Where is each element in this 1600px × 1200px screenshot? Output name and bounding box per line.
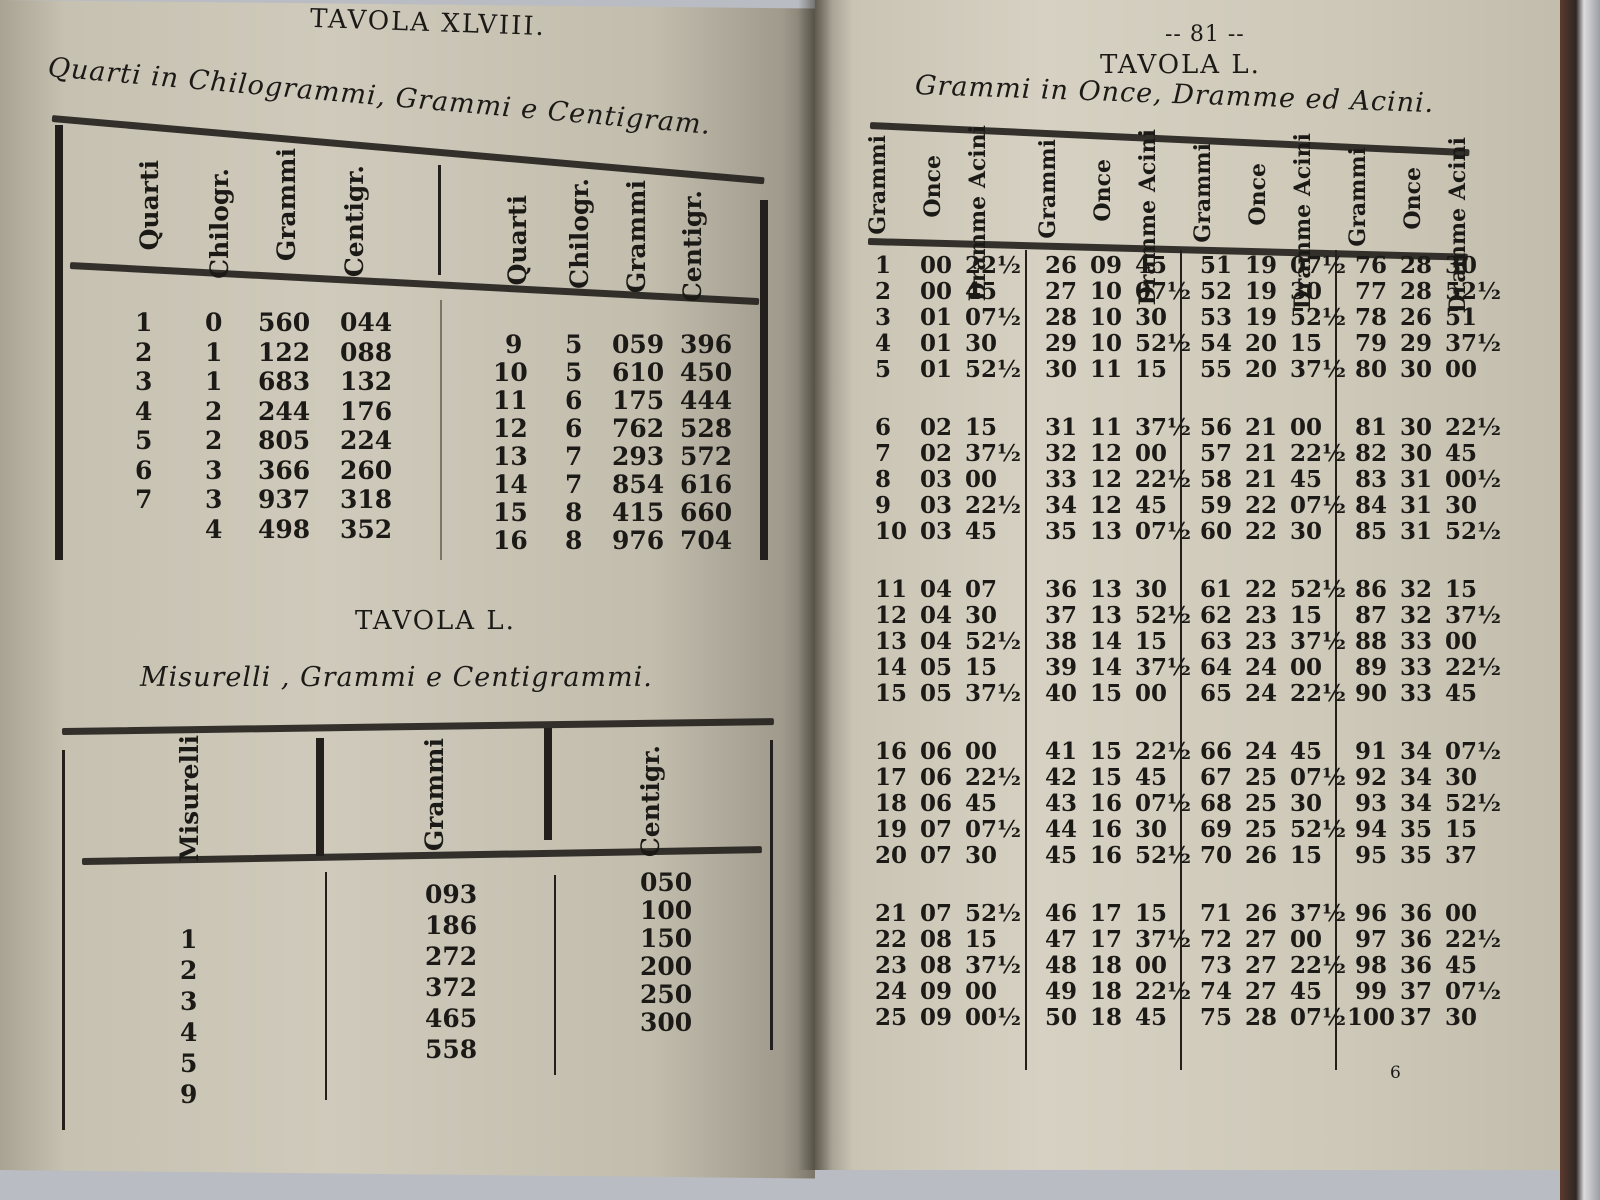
grammi-value: 95 [1355,842,1387,869]
misurelli-value: 9 [180,1080,197,1109]
grammi-value: 81 [1355,414,1387,441]
once-value: 04 [920,628,952,655]
centigr-value: 050 [640,868,692,897]
cell-grammi: 366 [258,456,310,485]
grammi-value: 99 [1355,978,1387,1005]
once-value: 05 [920,680,952,707]
dramme-acini-value: 52½ [965,356,1021,383]
cell-chilogr: 4 [205,515,222,544]
grammi-value: 49 [1045,978,1077,1005]
cell-centigr: 088 [340,338,392,367]
once-value: 15 [1090,764,1122,791]
once-value: 11 [1090,414,1122,441]
dramme-acini-value: 37½ [1290,628,1346,655]
dramme-acini-value: 07½ [1290,492,1346,519]
once-value: 31 [1400,466,1432,493]
cell-quarti: 16 [493,526,528,555]
cell-grammi: 059 [612,330,664,359]
grammi-value: 272 [425,942,477,971]
grammi-value: 11 [875,576,907,603]
dramme-acini-value: 22½ [965,764,1021,791]
grammi-value: 82 [1355,440,1387,467]
dramme-acini-value: 22½ [1290,680,1346,707]
cell-grammi: 976 [612,526,664,555]
once-value: 03 [920,466,952,493]
misurelli-value: 2 [180,956,197,985]
once-value: 07 [920,900,952,927]
cell-centigr: 396 [680,330,732,359]
once-value: 02 [920,440,952,467]
grammi-value: 93 [1355,790,1387,817]
once-value: 09 [920,1004,952,1031]
header-chilogr: Chilogr. [205,168,234,279]
once-value: 33 [1400,680,1432,707]
dramme-acini-value: 37 [1445,842,1477,869]
cell-centigr: 044 [340,308,392,337]
cell-grammi: 244 [258,397,310,426]
once-value: 16 [1090,842,1122,869]
dramme-acini-value: 00½ [965,1004,1021,1031]
grammi-value: 97 [1355,926,1387,953]
once-value: 08 [920,926,952,953]
cell-grammi: 937 [258,485,310,514]
once-value: 33 [1400,628,1432,655]
header-quarti-2: Quarti [503,195,532,285]
cell-chilogr: 2 [205,397,222,426]
dramme-acini-value: 30 [1445,1004,1477,1031]
dramme-acini-value: 52½ [1135,602,1191,629]
grammi-value: 68 [1200,790,1232,817]
dramme-acini-value: 00 [1135,440,1167,467]
cell-quarti: 2 [135,338,152,367]
cell-chilogr: 0 [205,308,222,337]
dramme-acini-value: 15 [1290,330,1322,357]
header-centigr: Centigr. [340,165,369,277]
grammi-value: 84 [1355,492,1387,519]
dramme-acini-value: 45 [965,790,997,817]
once-value: 19 [1245,278,1277,305]
grammi-value: 30 [1045,356,1077,383]
dramme-acini-value: 15 [1445,576,1477,603]
dramme-acini-value: 15 [1135,628,1167,655]
header-centigr-2: Centigr. [678,190,707,302]
once-value: 13 [1090,602,1122,629]
cell-quarti: 11 [493,386,528,415]
dramme-acini-value: 22½ [1135,466,1191,493]
once-value: 01 [920,330,952,357]
dramme-acini-value: 22½ [1445,654,1501,681]
once-value: 28 [1400,278,1432,305]
grammi-value: 86 [1355,576,1387,603]
dramme-acini-value: 45 [1135,492,1167,519]
once-value: 10 [1090,278,1122,305]
grammi-value: 41 [1045,738,1077,765]
once-value: 31 [1400,518,1432,545]
once-value: 25 [1245,816,1277,843]
once-value: 10 [1090,304,1122,331]
once-value: 29 [1400,330,1432,357]
dramme-acini-value: 30 [965,330,997,357]
dramme-acini-value: 52½ [1135,330,1191,357]
table-48-right-border [760,200,768,560]
column-divider [1025,250,1027,1070]
dramme-acini-value: 37½ [965,952,1021,979]
dramme-acini-value: 52½ [965,628,1021,655]
header-centigr-m: Centigr. [636,745,665,857]
grammi-value: 25 [875,1004,907,1031]
grammi-value: 48 [1045,952,1077,979]
grammi-value: 67 [1200,764,1232,791]
header-grammi-m: Grammi [420,738,449,851]
grammi-value: 558 [425,1035,477,1064]
grammi-value: 75 [1200,1004,1232,1031]
grammi-value: 71 [1200,900,1232,927]
header-once: Once [1245,163,1271,226]
grammi-value: 5 [875,356,891,383]
grammi-value: 2 [875,278,891,305]
cell-quarti: 3 [135,367,152,396]
once-value: 18 [1090,1004,1122,1031]
dramme-acini-value: 30 [965,602,997,629]
dramme-acini-value: 15 [1290,602,1322,629]
once-value: 00 [920,278,952,305]
once-value: 18 [1090,978,1122,1005]
grammi-value: 74 [1200,978,1232,1005]
cell-grammi: 498 [258,515,310,544]
cell-grammi: 805 [258,426,310,455]
grammi-value: 78 [1355,304,1387,331]
dramme-acini-value: 37½ [1135,414,1191,441]
page-number: -- 81 -- [1165,22,1245,47]
header-once: Once [1090,159,1116,222]
cell-centigr: 224 [340,426,392,455]
cell-centigr: 444 [680,386,732,415]
once-value: 04 [920,602,952,629]
once-value: 36 [1400,952,1432,979]
dramme-acini-value: 22½ [1135,738,1191,765]
grammi-value: 76 [1355,252,1387,279]
once-value: 37 [1400,978,1432,1005]
once-value: 34 [1400,738,1432,765]
dramme-acini-value: 37½ [1290,356,1346,383]
once-value: 34 [1400,764,1432,791]
grammi-value: 20 [875,842,907,869]
grammi-value: 46 [1045,900,1077,927]
once-value: 19 [1245,304,1277,331]
once-value: 22 [1245,576,1277,603]
cell-centigr: 660 [680,498,732,527]
signature-mark: 6 [1390,1063,1401,1083]
grammi-value: 38 [1045,628,1077,655]
dramme-acini-value: 30 [1135,304,1167,331]
cell-quarti: 5 [135,426,152,455]
cell-quarti: 10 [493,358,528,387]
once-value: 33 [1400,654,1432,681]
cell-grammi: 293 [612,442,664,471]
header-grammi: Grammi [865,135,891,235]
dramme-acini-value: 30 [1445,764,1477,791]
once-value: 27 [1245,978,1277,1005]
centigr-value: 200 [640,952,692,981]
grammi-value: 19 [875,816,907,843]
once-value: 30 [1400,356,1432,383]
cell-chilogr: 3 [205,456,222,485]
cell-centigr: 176 [340,397,392,426]
grammi-value: 58 [1200,466,1232,493]
cell-grammi: 683 [258,367,310,396]
once-value: 07 [920,842,952,869]
grammi-value: 3 [875,304,891,331]
once-value: 26 [1245,842,1277,869]
cell-quarti: 1 [135,308,152,337]
dramme-acini-value: 37½ [1290,900,1346,927]
grammi-value: 61 [1200,576,1232,603]
cell-quarti: 13 [493,442,528,471]
misurelli-value: 5 [180,1049,197,1078]
grammi-value: 56 [1200,414,1232,441]
dramme-acini-value: 37½ [1445,602,1501,629]
grammi-value: 44 [1045,816,1077,843]
dramme-acini-value: 00 [965,978,997,1005]
dramme-acini-value: 45 [1445,952,1477,979]
once-value: 15 [1090,680,1122,707]
once-value: 27 [1245,952,1277,979]
misurelli-body-divider-1 [325,872,327,1100]
misurelli-header-divider-2 [544,728,552,840]
once-value: 32 [1400,602,1432,629]
once-value: 34 [1400,790,1432,817]
cell-quarti: 7 [135,485,152,514]
grammi-value: 70 [1200,842,1232,869]
cell-centigr: 528 [680,414,732,443]
dramme-acini-value: 22½ [1445,414,1501,441]
grammi-value: 34 [1045,492,1077,519]
cell-centigr: 318 [340,485,392,514]
grammi-value: 51 [1200,252,1232,279]
cell-centigr: 260 [340,456,392,485]
dramme-acini-value: 37½ [965,680,1021,707]
header-grammi: Grammi [1345,147,1371,247]
dramme-acini-value: 30 [1445,492,1477,519]
grammi-value: 21 [875,900,907,927]
dramme-acini-value: 15 [1445,816,1477,843]
cell-centigr: 704 [680,526,732,555]
once-value: 13 [1090,576,1122,603]
cell-grammi: 762 [612,414,664,443]
once-value: 03 [920,518,952,545]
grammi-value: 89 [1355,654,1387,681]
dramme-acini-value: 37½ [965,440,1021,467]
once-value: 26 [1400,304,1432,331]
once-value: 02 [920,414,952,441]
dramme-acini-value: 45 [1290,978,1322,1005]
cell-chilogr: 5 [565,358,582,387]
dramme-acini-value: 37½ [1135,926,1191,953]
once-value: 14 [1090,628,1122,655]
cell-quarti: 6 [135,456,152,485]
header-once: Once [920,155,946,218]
table-48-left-border [55,125,63,560]
cell-chilogr: 8 [565,526,582,555]
once-value: 11 [1090,356,1122,383]
grammi-value: 91 [1355,738,1387,765]
grammi-value: 72 [1200,926,1232,953]
header-once: Once [1400,167,1426,230]
once-value: 28 [1400,252,1432,279]
dramme-acini-value: 00½ [1445,466,1501,493]
once-value: 16 [1090,816,1122,843]
grammi-value: 54 [1200,330,1232,357]
grammi-value: 43 [1045,790,1077,817]
dramme-acini-value: 15 [965,926,997,953]
grammi-value: 18 [875,790,907,817]
dramme-acini-value: 52½ [1445,790,1501,817]
dramme-acini-value: 52½ [1290,304,1346,331]
grammi-value: 15 [875,680,907,707]
dramme-acini-value: 45 [1135,252,1167,279]
grammi-value: 85 [1355,518,1387,545]
header-grammi: Grammi [1035,139,1061,239]
once-value: 21 [1245,440,1277,467]
grammi-value: 33 [1045,466,1077,493]
dramme-acini-value: 00 [1445,900,1477,927]
cell-chilogr: 6 [565,386,582,415]
dramme-acini-value: 52½ [1290,816,1346,843]
dramme-acini-value: 30 [1445,252,1477,279]
grammi-value: 57 [1200,440,1232,467]
cell-grammi: 415 [612,498,664,527]
grammi-value: 87 [1355,602,1387,629]
once-value: 30 [1400,414,1432,441]
grammi-value: 10 [875,518,907,545]
grammi-value: 92 [1355,764,1387,791]
cell-grammi: 122 [258,338,310,367]
grammi-value: 98 [1355,952,1387,979]
table-l-title: TAVOLA L. [1100,50,1261,80]
cell-centigr: 616 [680,470,732,499]
grammi-value: 29 [1045,330,1077,357]
dramme-acini-value: 15 [965,414,997,441]
grammi-value: 465 [425,1004,477,1033]
cell-chilogr: 1 [205,367,222,396]
once-value: 26 [1245,900,1277,927]
cell-quarti: 15 [493,498,528,527]
grammi-value: 69 [1200,816,1232,843]
cell-centigr: 450 [680,358,732,387]
dramme-acini-value: 07½ [1445,738,1501,765]
once-value: 03 [920,492,952,519]
dramme-acini-value: 22½ [965,252,1021,279]
grammi-value: 26 [1045,252,1077,279]
grammi-value: 79 [1355,330,1387,357]
table-l-misurelli-title: TAVOLA L. [355,606,516,636]
grammi-value: 53 [1200,304,1232,331]
dramme-acini-value: 15 [965,654,997,681]
dramme-acini-value: 37½ [1445,330,1501,357]
once-value: 07 [920,816,952,843]
dramme-acini-value: 07½ [965,816,1021,843]
dramme-acini-value: 00 [1445,628,1477,655]
once-value: 06 [920,738,952,765]
once-value: 08 [920,952,952,979]
dramme-acini-value: 00 [965,466,997,493]
grammi-value: 60 [1200,518,1232,545]
cell-quarti: 4 [135,397,152,426]
dramme-acini-value: 00 [1135,952,1167,979]
header-grammi-2: Grammi [622,180,651,293]
grammi-value: 31 [1045,414,1077,441]
dramme-acini-value: 15 [1135,900,1167,927]
grammi-value: 16 [875,738,907,765]
once-value: 19 [1245,252,1277,279]
grammi-value: 36 [1045,576,1077,603]
once-value: 25 [1245,790,1277,817]
dramme-acini-value: 45 [1445,440,1477,467]
dramme-acini-value: 07½ [1290,1004,1346,1031]
header-quarti: Quarti [135,160,164,250]
dramme-acini-value: 45 [1445,680,1477,707]
table-l-misurelli-subtitle: Misurelli , Grammi e Centigrammi. [140,662,653,693]
dramme-acini-value: 07 [965,576,997,603]
grammi-value: 27 [1045,278,1077,305]
dramme-acini-value: 45 [1135,1004,1167,1031]
once-value: 04 [920,576,952,603]
grammi-value: 9 [875,492,891,519]
dramme-acini-value: 07½ [1290,252,1346,279]
book-cover-edge [1560,0,1600,1200]
once-value: 06 [920,790,952,817]
grammi-value: 12 [875,602,907,629]
dramme-acini-value: 30 [1290,790,1322,817]
once-value: 35 [1400,816,1432,843]
cell-chilogr: 7 [565,470,582,499]
cell-quarti: 14 [493,470,528,499]
grammi-value: 42 [1045,764,1077,791]
grammi-value: 14 [875,654,907,681]
grammi-value: 77 [1355,278,1387,305]
dramme-acini-value: 15 [1135,356,1167,383]
dramme-acini-value: 30 [1290,518,1322,545]
grammi-value: 83 [1355,466,1387,493]
dramme-acini-value: 52½ [1445,278,1501,305]
once-value: 09 [1090,252,1122,279]
cell-centigr: 132 [340,367,392,396]
grammi-value: 4 [875,330,891,357]
dramme-acini-value: 07½ [1290,764,1346,791]
dramme-acini-value: 00 [965,738,997,765]
once-value: 24 [1245,680,1277,707]
dramme-acini-value: 07½ [1135,518,1191,545]
once-value: 17 [1090,900,1122,927]
dramme-acini-value: 30 [965,842,997,869]
misurelli-header-divider-1 [316,738,324,856]
once-value: 00 [920,252,952,279]
dramme-acini-value: 15 [1290,842,1322,869]
grammi-value: 7 [875,440,891,467]
once-value: 10 [1090,330,1122,357]
cell-chilogr: 5 [565,330,582,359]
once-value: 18 [1090,952,1122,979]
dramme-acini-value: 52½ [1445,518,1501,545]
table-48-body-divider [440,300,442,560]
misurelli-value: 4 [180,1018,197,1047]
grammi-value: 63 [1200,628,1232,655]
once-value: 23 [1245,628,1277,655]
dramme-acini-value: 07½ [965,304,1021,331]
once-value: 09 [920,978,952,1005]
dramme-acini-value: 07½ [1135,278,1191,305]
grammi-value: 32 [1045,440,1077,467]
